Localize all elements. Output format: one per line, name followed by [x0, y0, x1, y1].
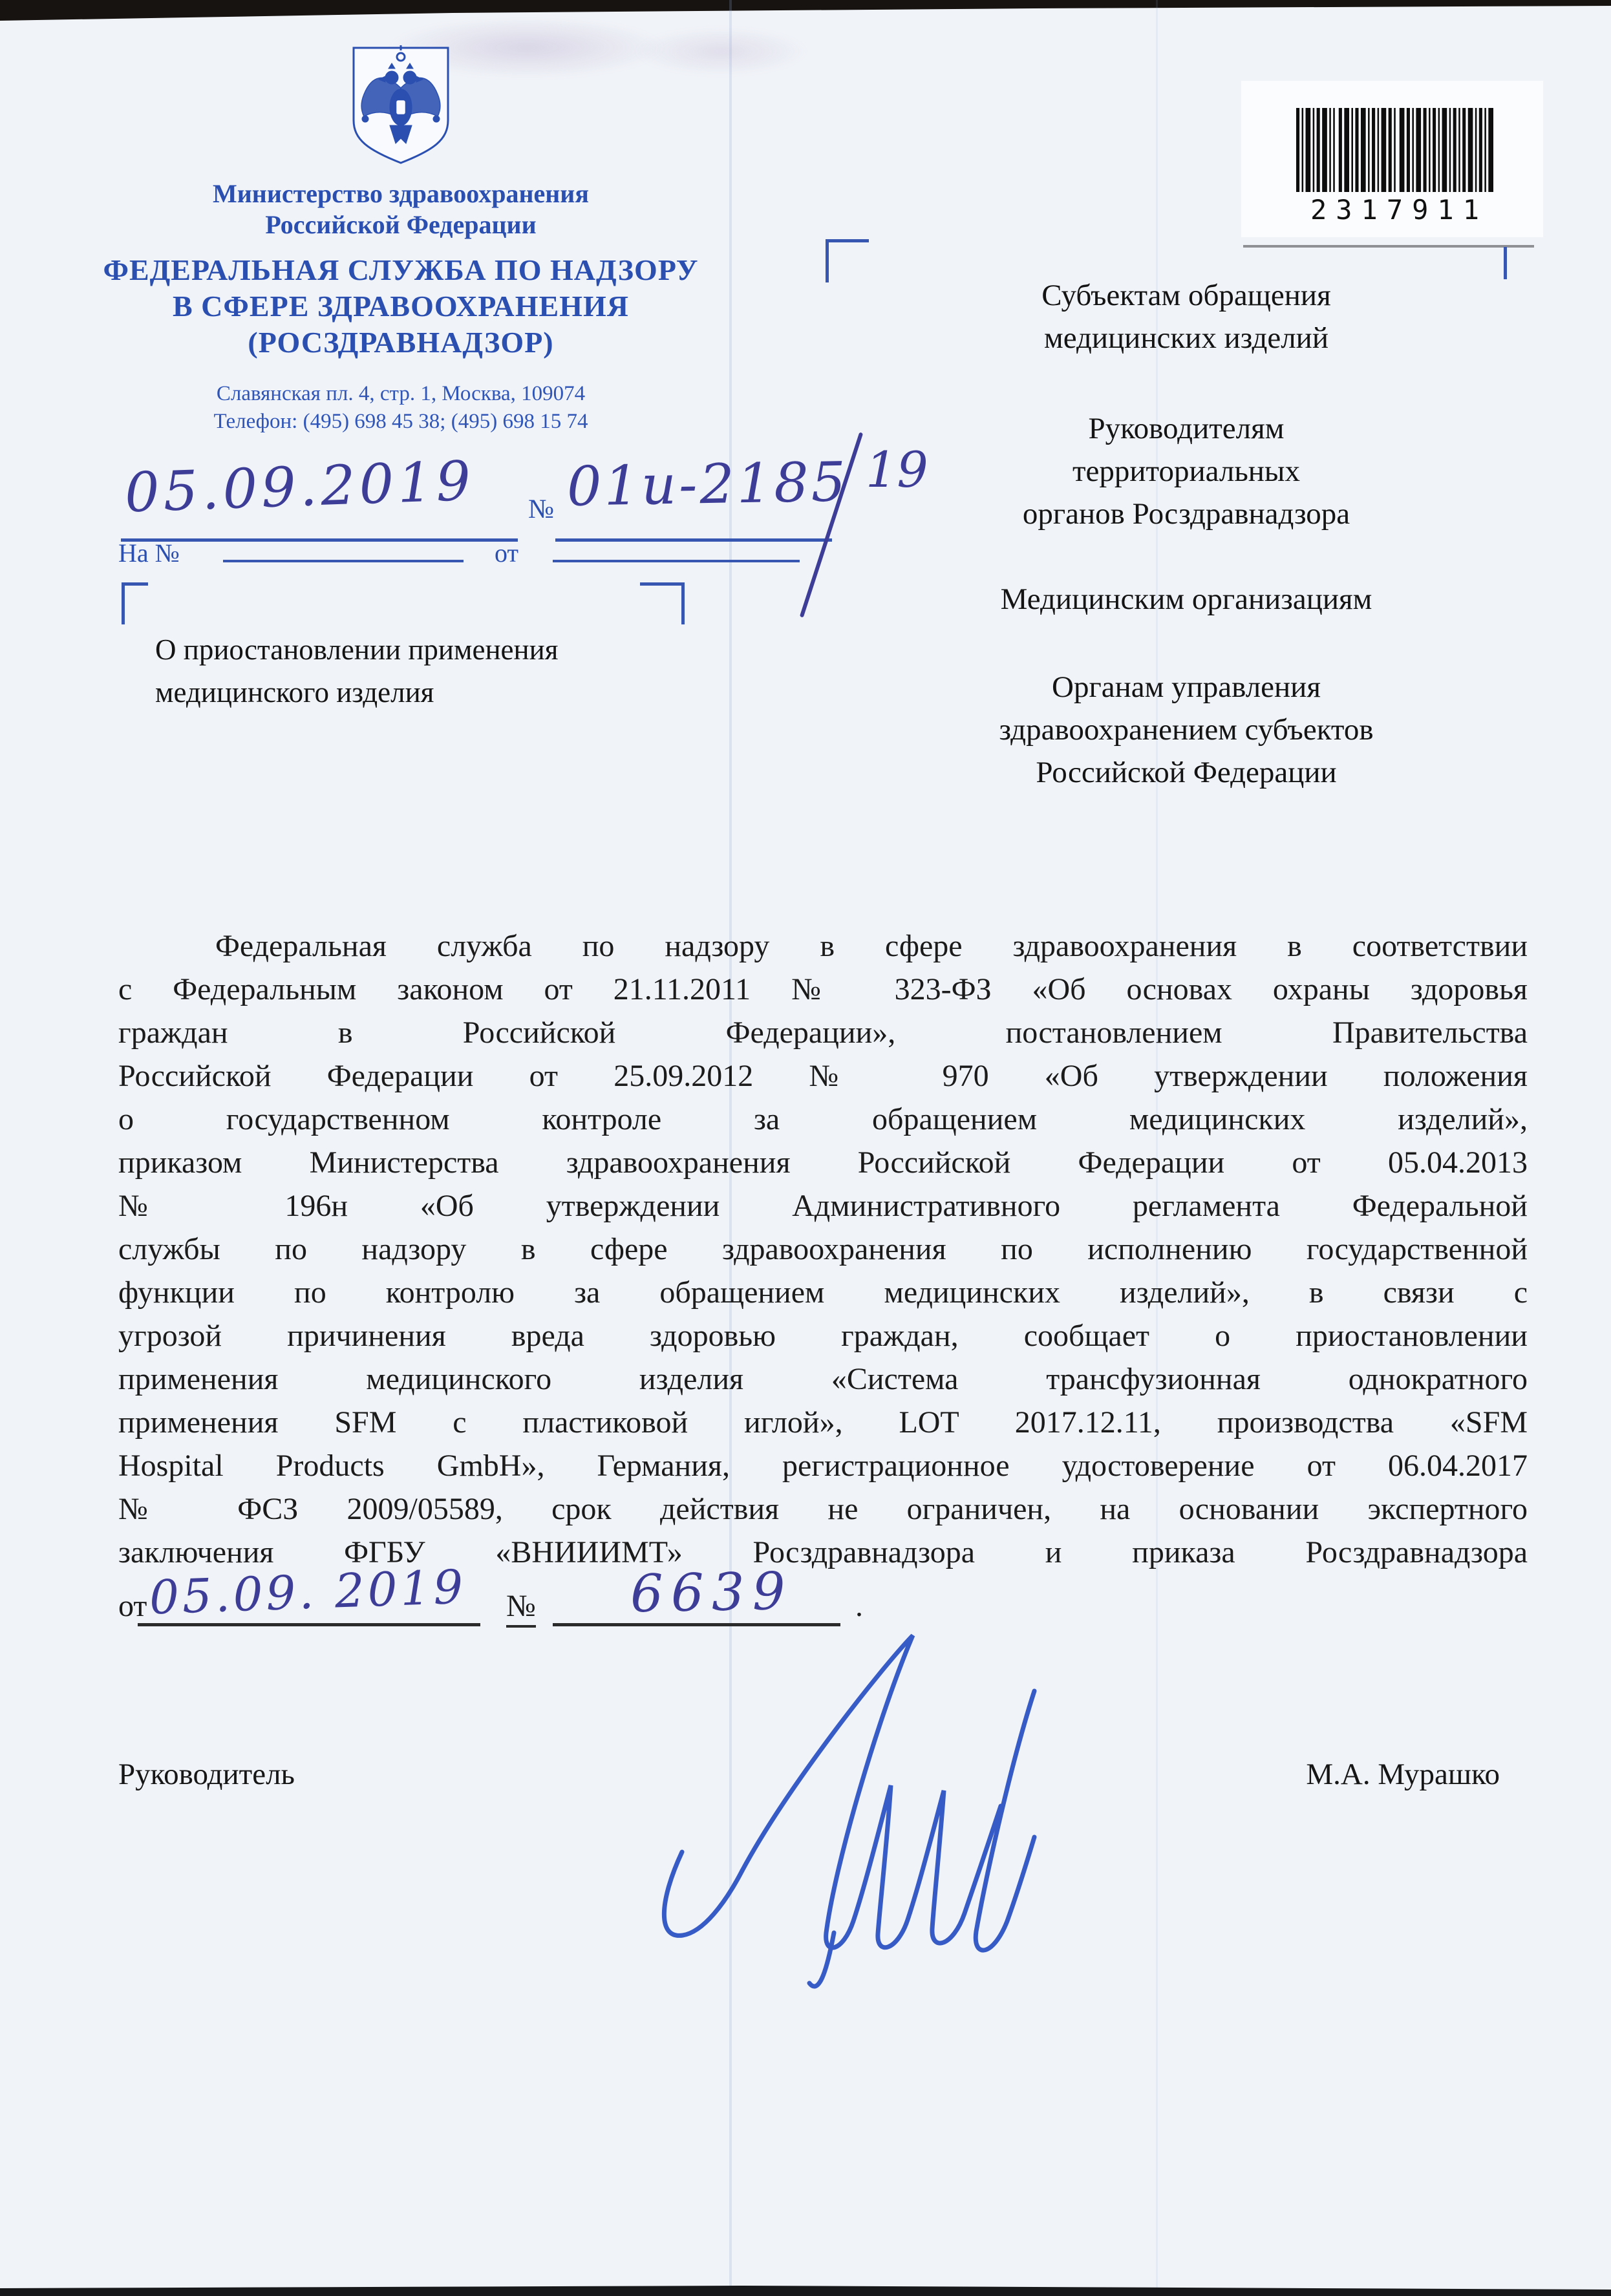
body-paragraph: Федеральная служба по надзору в сфере зд…: [118, 924, 1528, 1645]
addressee-item: Субъектам обращения медицинских изделий: [860, 274, 1513, 359]
body-line: функции по контролю за обращением медици…: [118, 1271, 1528, 1314]
handwritten-order-number: 6639: [630, 1561, 793, 1624]
number-field-line: [555, 538, 832, 542]
date-field-line: [121, 538, 518, 542]
body-line: № ФСЗ 2009/05589, срок действия не огран…: [118, 1487, 1528, 1531]
scan-edge-top: [0, 0, 1611, 22]
barcode-number: 2317911: [1296, 194, 1493, 226]
signer-name: М.А. Мурашко: [1306, 1757, 1500, 1792]
body-line: применения медицинского изделия «Система…: [118, 1357, 1528, 1401]
service-name-line: ФЕДЕРАЛЬНАЯ СЛУЖБА ПО НАДЗОРУ: [78, 252, 724, 288]
addressee-line: медицинских изделий: [860, 317, 1513, 359]
handwritten-order-date: 05.09. 2019: [149, 1559, 467, 1624]
scan-edge-bottom: [0, 2282, 1611, 2296]
reference-block: 05.09.2019 № 01и-2185 19 На № от: [118, 446, 985, 601]
body-line: граждан в Российской Федерации», постано…: [118, 1011, 1528, 1054]
letterhead-address: Славянская пл. 4, стр. 1, Москва, 109074: [78, 380, 724, 408]
subject-block: О приостановлении применения медицинског…: [155, 628, 698, 714]
reply-date-field-line: [553, 560, 800, 562]
service-name-line: В СФЕРЕ ЗДРАВООХРАНЕНИЯ: [78, 288, 724, 324]
addressee-line: здравоохранением субъектов: [860, 708, 1513, 751]
body-line: Hospital Products GmbH», Германия, регис…: [118, 1444, 1528, 1487]
closing-date-field: 05.09. 2019: [138, 1574, 480, 1626]
corner-mark-line: [1243, 245, 1534, 248]
addressee-item: Руководителям территориальных органов Ро…: [860, 407, 1513, 535]
coat-of-arms-icon: [346, 43, 456, 169]
handwritten-letter-number: 01и-2185: [566, 450, 849, 518]
body-line: службы по надзору в сфере здравоохранени…: [118, 1228, 1528, 1271]
addressee-line: территориальных: [860, 450, 1513, 493]
body-line: Российской Федерации от 25.09.2012 № 970…: [118, 1054, 1528, 1098]
body-line: о государственном контроле за обращением…: [118, 1098, 1528, 1141]
closing-number-field: 6639: [553, 1574, 840, 1626]
body-line: с Федеральным законом от 21.11.2011 № 32…: [118, 968, 1528, 1011]
closing-period: .: [855, 1588, 863, 1624]
closing-number-sign: №: [506, 1588, 536, 1628]
addressee-line: Руководителям: [860, 407, 1513, 450]
barcode-icon: [1296, 108, 1493, 192]
ministry-name-line: Российской Федерации: [78, 209, 724, 240]
body-line: приказом Министерства здравоохранения Ро…: [118, 1141, 1528, 1184]
subject-line: медицинского изделия: [155, 671, 698, 714]
reply-to-label: На №: [118, 538, 180, 568]
addressee-line: Российской Федерации: [860, 751, 1513, 794]
body-line: угрозой причинения вреда здоровью гражда…: [118, 1314, 1528, 1357]
addressee-line: Органам управления: [860, 666, 1513, 708]
handwritten-letter-date: 05.09.2019: [123, 449, 475, 525]
addressee-block: Субъектам обращения медицинских изделий …: [860, 274, 1513, 794]
addressee-line: Субъектам обращения: [860, 274, 1513, 317]
signature-stroke: [621, 1629, 1073, 1991]
ministry-name-line: Министерство здравоохранения: [78, 178, 724, 209]
service-name-line: (РОСЗДРАВНАДЗОР): [78, 324, 724, 361]
addressee-item: Органам управления здравоохранением субъ…: [860, 666, 1513, 794]
body-line: применения SFM с пластиковой иглой», LOT…: [118, 1401, 1528, 1444]
signer-title: Руководитель: [118, 1757, 295, 1792]
number-sign-label: №: [528, 494, 554, 525]
addressee-item: Медицинским организациям: [860, 578, 1513, 621]
letterhead: Министерство здравоохранения Российской …: [78, 43, 724, 436]
body-line: Федеральная служба по надзору в сфере зд…: [118, 924, 1528, 968]
reply-from-label: от: [495, 538, 518, 568]
letterhead-phone: Телефон: (495) 698 45 38; (495) 698 15 7…: [78, 408, 724, 436]
subject-line: О приостановлении применения: [155, 628, 698, 671]
addressee-line: органов Росздравнадзора: [860, 493, 1513, 535]
reply-number-field-line: [223, 560, 464, 562]
scanned-letter-page: { "colors": { "letterhead_blue": "#2a4fb…: [0, 0, 1611, 2296]
addressee-line: Медицинским организациям: [860, 578, 1513, 621]
body-line: № 196н «Об утверждении Административного…: [118, 1184, 1528, 1228]
